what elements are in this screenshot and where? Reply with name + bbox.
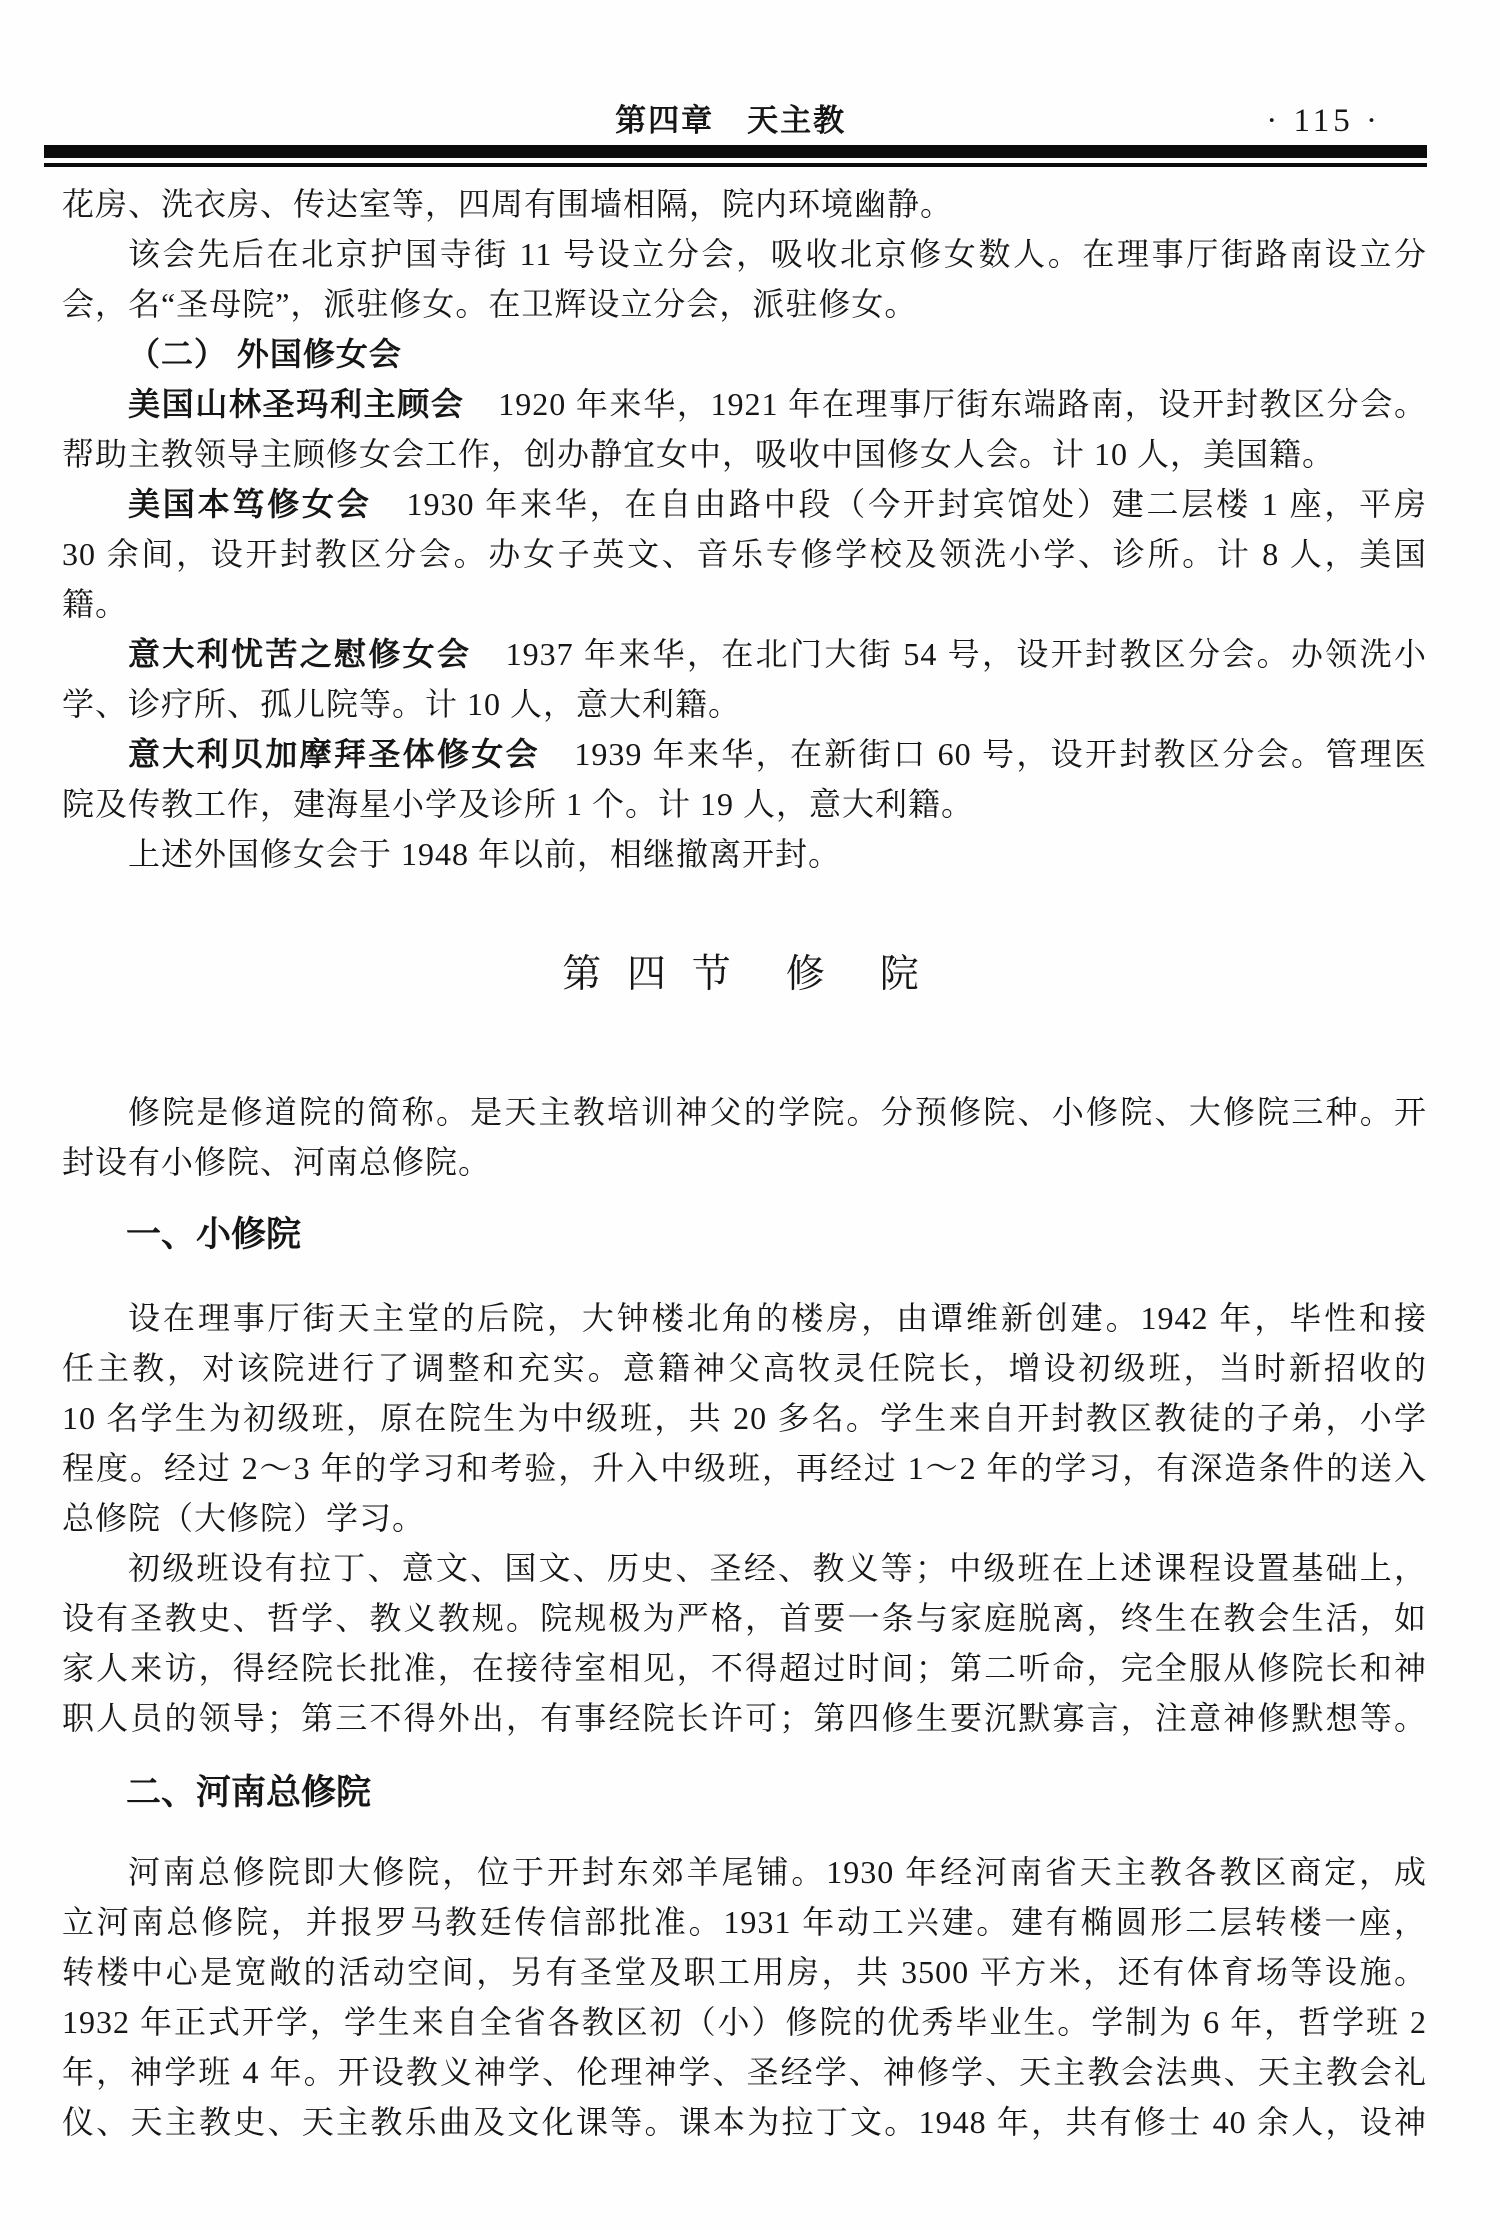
text-segment: 转楼中心是宽敞的活动空间，另有圣堂及职工用房，共 3500 平方米，还有体育场等… xyxy=(62,1954,1427,1990)
text-line: 1932 年正式开学，学生来自全省各教区初（小）修院的优秀毕业生。学制为 6 年… xyxy=(62,1997,1427,2047)
text-segment: 仪、天主教史、天主教乐曲及文化课等。课本为拉丁文。1948 年，共有修士 40 … xyxy=(62,2104,1427,2140)
text-line: 美国本笃修女会 1930 年来华，在自由路中段（今开封宾馆处）建二层楼 1 座，… xyxy=(62,479,1427,529)
section-title: 第 四 节 修 院 xyxy=(62,949,1427,1001)
text-line: 该会先后在北京护国寺街 11 号设立分会，吸收北京修女数人。在理事厅街路南设立分 xyxy=(62,229,1427,279)
text-line: 会，名“圣母院”，派驻修女。在卫辉设立分会，派驻修女。 xyxy=(62,279,1427,329)
text-segment: 修院是修道院的简称。是天主教培训神父的学院。分预修院、小修院、大修院三种。开 xyxy=(128,1094,1427,1130)
text-segment: 1932 年正式开学，学生来自全省各教区初（小）修院的优秀毕业生。学制为 6 年… xyxy=(62,2004,1427,2040)
running-header: 第四章 天主教 · 115 · xyxy=(62,84,1427,142)
chapter-title: 第四章 天主教 xyxy=(615,95,846,140)
text-segment: 家人来访，得经院长批准，在接待室相见，不得超过时间；第二听命，完全服从修院长和神 xyxy=(62,1650,1427,1686)
text-line: （二） 外国修女会 xyxy=(62,329,1427,379)
text-line: 籍。 xyxy=(62,579,1427,629)
text-line: 花房、洗衣房、传达室等，四周有围墙相隔，院内环境幽静。 xyxy=(62,179,1427,229)
text-segment: 花房、洗衣房、传达室等，四周有围墙相隔，院内环境幽静。 xyxy=(62,186,953,222)
text-segment: 设在理事厅街天主堂的后院，大钟楼北角的楼房，由谭维新创建。1942 年，毕性和接 xyxy=(128,1300,1427,1336)
text-line: 帮助主教领导主顾修女会工作，创办静宜女中，吸收中国修女人会。计 10 人，美国籍… xyxy=(62,429,1427,479)
text-line: 家人来访，得经院长批准，在接待室相见，不得超过时间；第二听命，完全服从修院长和神 xyxy=(62,1643,1427,1693)
text-segment: 帮助主教领导主顾修女会工作，创办静宜女中，吸收中国修女人会。计 10 人，美国籍… xyxy=(62,436,1335,472)
text-segment: 会，名“圣母院”，派驻修女。在卫辉设立分会，派驻修女。 xyxy=(62,286,917,322)
sub-heading: 二、河南总修院 xyxy=(62,1771,1427,1815)
text-segment: 年，神学班 4 年。开设教义神学、伦理神学、圣经学、神修学、天主教会法典、天主教… xyxy=(62,2054,1427,2090)
text-line: 30 余间，设开封教区分会。办女子英文、音乐专修学校及领洗小学、诊所。计 8 人… xyxy=(62,529,1427,579)
bold-lead: 美国本笃修女会 xyxy=(128,486,372,522)
text-line: 程度。经过 2～3 年的学习和考验，升入中级班，再经过 1～2 年的学习，有深造… xyxy=(62,1443,1427,1493)
text-line: 意大利贝加摩拜圣体修女会 1939 年来华，在新街口 60 号，设开封教区分会。… xyxy=(62,729,1427,779)
text-line: 职人员的领导；第三不得外出，有事经院长许可；第四修生要沉默寡言，注意神修默想等。 xyxy=(62,1693,1427,1743)
text-line: 院及传教工作，建海星小学及诊所 1 个。计 19 人，意大利籍。 xyxy=(62,779,1427,829)
bold-lead: （二） 外国修女会 xyxy=(128,336,402,372)
text-segment: 该会先后在北京护国寺街 11 号设立分会，吸收北京修女数人。在理事厅街路南设立分 xyxy=(128,236,1427,272)
text-segment: 立河南总修院，并报罗马教廷传信部批准。1931 年动工兴建。建有椭圆形二层转楼一… xyxy=(62,1904,1427,1940)
bold-lead: 美国山林圣玛利主顾会 xyxy=(128,386,465,422)
header-rule-thick xyxy=(44,145,1427,158)
text-line: 设有圣教史、哲学、教义教规。院规极为严格，首要一条与家庭脱离，终生在教会生活，如 xyxy=(62,1593,1427,1643)
text-segment: 1939 年来华，在新街口 60 号，设开封教区分会。管理医 xyxy=(540,736,1427,772)
text-segment: 职人员的领导；第三不得外出，有事经院长许可；第四修生要沉默寡言，注意神修默想等。 xyxy=(62,1700,1427,1736)
text-line: 转楼中心是宽敞的活动空间，另有圣堂及职工用房，共 3500 平方米，还有体育场等… xyxy=(62,1947,1427,1997)
header-rule-thin xyxy=(44,163,1427,167)
text-line: 封设有小修院、河南总修院。 xyxy=(62,1137,1427,1187)
text-segment: 1920 年来华，1921 年在理事厅街东端路南，设开封教区分会。 xyxy=(465,386,1427,422)
text-segment: 1937 年来华，在北门大街 54 号，设开封教区分会。办领洗小 xyxy=(471,636,1427,672)
text-segment: 30 余间，设开封教区分会。办女子英文、音乐专修学校及领洗小学、诊所。计 8 人… xyxy=(62,536,1427,572)
book-page: 第四章 天主教 · 115 · 花房、洗衣房、传达室等，四周有围墙相隔，院内环境… xyxy=(0,0,1500,2230)
text-line: 10 名学生为初级班，原在院生为中级班，共 20 多名。学生来自开封教区教徒的子… xyxy=(62,1393,1427,1443)
text-segment: 院及传教工作，建海星小学及诊所 1 个。计 19 人，意大利籍。 xyxy=(62,786,974,822)
text-segment: 程度。经过 2～3 年的学习和考验，升入中级班，再经过 1～2 年的学习，有深造… xyxy=(62,1450,1427,1486)
text-line: 河南总修院即大修院，位于开封东郊羊尾铺。1930 年经河南省天主教各教区商定，成 xyxy=(62,1847,1427,1897)
page-number: · 115 · xyxy=(1266,103,1381,140)
text-line: 修院是修道院的简称。是天主教培训神父的学院。分预修院、小修院、大修院三种。开 xyxy=(62,1087,1427,1137)
text-line: 仪、天主教史、天主教乐曲及文化课等。课本为拉丁文。1948 年，共有修士 40 … xyxy=(62,2097,1427,2147)
text-line: 学、诊疗所、孤儿院等。计 10 人，意大利籍。 xyxy=(62,679,1427,729)
text-line: 初级班设有拉丁、意文、国文、历史、圣经、教义等；中级班在上述课程设置基础上， xyxy=(62,1543,1427,1593)
text-line: 意大利忧苦之慰修女会 1937 年来华，在北门大街 54 号，设开封教区分会。办… xyxy=(62,629,1427,679)
text-segment: 河南总修院即大修院，位于开封东郊羊尾铺。1930 年经河南省天主教各教区商定，成 xyxy=(128,1854,1427,1890)
sub-heading: 一、小修院 xyxy=(62,1213,1427,1257)
text-segment: 设有圣教史、哲学、教义教规。院规极为严格，首要一条与家庭脱离，终生在教会生活，如 xyxy=(62,1600,1427,1636)
text-segment: 籍。 xyxy=(62,586,128,622)
text-line: 年，神学班 4 年。开设教义神学、伦理神学、圣经学、神修学、天主教会法典、天主教… xyxy=(62,2047,1427,2097)
text-segment: 学、诊疗所、孤儿院等。计 10 人，意大利籍。 xyxy=(62,686,741,722)
text-segment: 1930 年来华，在自由路中段（今开封宾馆处）建二层楼 1 座，平房 xyxy=(372,486,1427,522)
text-line: 美国山林圣玛利主顾会 1920 年来华，1921 年在理事厅街东端路南，设开封教… xyxy=(62,379,1427,429)
text-line: 上述外国修女会于 1948 年以前，相继撤离开封。 xyxy=(62,829,1427,879)
text-line: 任主教，对该院进行了调整和充实。意籍神父高牧灵任院长，增设初级班，当时新招收的 xyxy=(62,1343,1427,1393)
text-segment: 上述外国修女会于 1948 年以前，相继撤离开封。 xyxy=(128,836,841,872)
page-body: 花房、洗衣房、传达室等，四周有围墙相隔，院内环境幽静。该会先后在北京护国寺街 1… xyxy=(62,179,1427,2147)
text-line: 立河南总修院，并报罗马教廷传信部批准。1931 年动工兴建。建有椭圆形二层转楼一… xyxy=(62,1897,1427,1947)
text-segment: 任主教，对该院进行了调整和充实。意籍神父高牧灵任院长，增设初级班，当时新招收的 xyxy=(62,1350,1427,1386)
text-segment: 总修院（大修院）学习。 xyxy=(62,1500,425,1536)
bold-lead: 意大利贝加摩拜圣体修女会 xyxy=(128,736,540,772)
text-segment: 初级班设有拉丁、意文、国文、历史、圣经、教义等；中级班在上述课程设置基础上， xyxy=(128,1550,1427,1586)
text-line: 总修院（大修院）学习。 xyxy=(62,1493,1427,1543)
text-segment: 10 名学生为初级班，原在院生为中级班，共 20 多名。学生来自开封教区教徒的子… xyxy=(62,1400,1427,1436)
text-segment: 封设有小修院、河南总修院。 xyxy=(62,1144,491,1180)
text-line: 设在理事厅街天主堂的后院，大钟楼北角的楼房，由谭维新创建。1942 年，毕性和接 xyxy=(62,1293,1427,1343)
bold-lead: 意大利忧苦之慰修女会 xyxy=(128,636,471,672)
